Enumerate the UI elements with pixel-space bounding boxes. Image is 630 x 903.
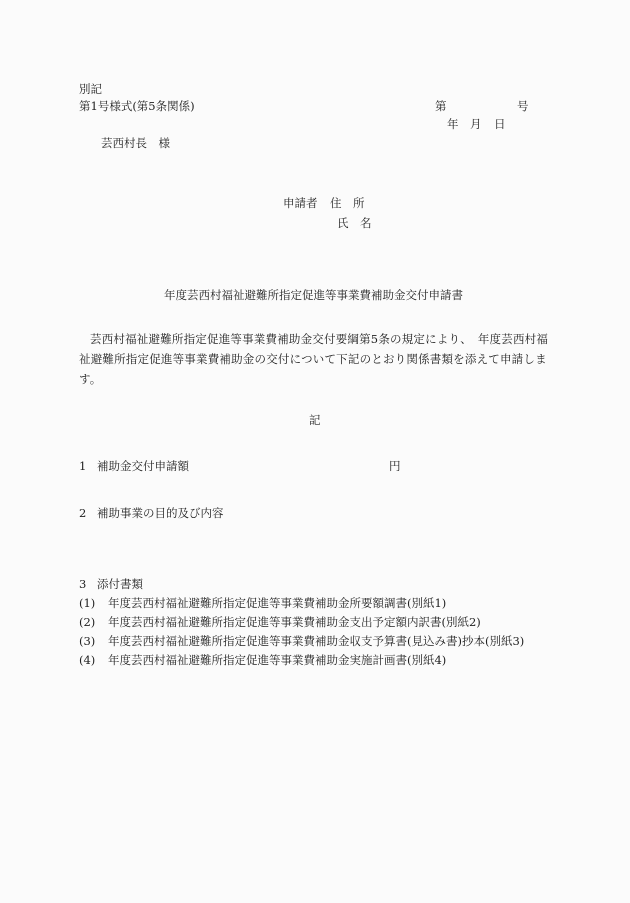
attachment-text: 年度芸西村福祉避難所指定促進等事業費補助金収支予算書(見込み書)抄本(別紙3) [108,636,524,648]
attachment-text: 年度芸西村福祉避難所指定促進等事業費補助金実施計画書(別紙4) [108,655,446,667]
currency-unit: 円 [389,461,401,473]
address-label: 住 所 [330,198,365,210]
number-suffix: 号 [517,101,529,113]
addressee: 芸西村長 様 [101,138,170,150]
attachment-number: (4) [79,655,95,667]
form-label: 第1号様式(第5条関係) [79,101,195,113]
attachment-number: (1) [79,598,95,610]
name-label: 氏 名 [337,218,372,230]
item-number: 1 [79,461,86,473]
document-title: 年度芸西村福祉避難所指定促進等事業費補助金交付申請書 [164,290,463,302]
item-number: 3 [79,579,86,591]
item-number: 2 [79,508,86,520]
attachment-number: (2) [79,617,95,629]
attachment-text: 年度芸西村福祉避難所指定促進等事業費補助金支出予定額内訳書(別紙2) [108,617,481,629]
item-label: 補助金交付申請額 [97,461,189,473]
applicant-label: 申請者 [283,198,318,210]
date-month: 月 [470,119,482,131]
number-prefix: 第 [435,101,447,113]
attachment-text: 年度芸西村福祉避難所指定促進等事業費補助金所要額調書(別紙1) [108,598,446,610]
item-label: 添付書類 [97,579,143,591]
date-day: 日 [494,119,506,131]
item-label: 補助事業の目的及び内容 [97,508,224,520]
ki-heading: 記 [309,415,321,427]
annex-label: 別記 [79,84,102,96]
date-year: 年 [447,119,459,131]
body-paragraph: 芸西村福祉避難所指定促進等事業費補助金交付要綱第5条の規定により、 年度芸西村福… [79,329,553,389]
attachment-number: (3) [79,636,95,648]
